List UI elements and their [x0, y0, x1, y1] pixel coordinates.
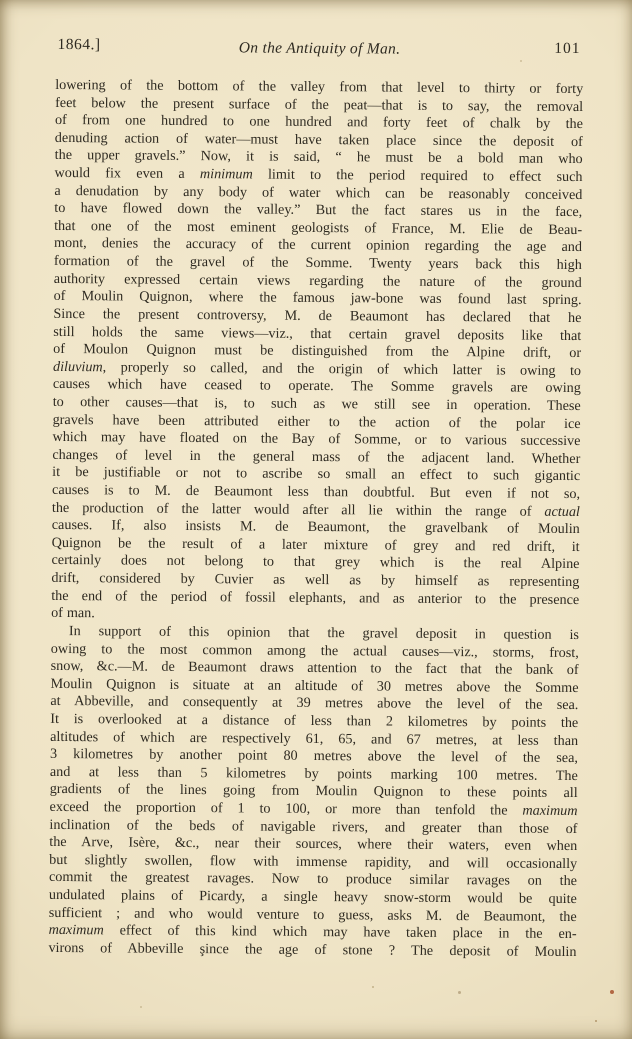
page-content: 1864.] On the Antiquity of Man. 101 lowe…	[56, 0, 584, 2]
paper-speck	[458, 991, 461, 994]
page-body: lowering of the bottom of the valley fro…	[48, 77, 583, 962]
paragraph: lowering of the bottom of the valley fro…	[51, 77, 583, 627]
paper-speck	[595, 1020, 597, 1022]
text-line: virons of Abbeville şince the age of sto…	[48, 940, 576, 962]
running-header: 1864.] On the Antiquity of Man. 101	[55, 36, 583, 62]
paper-speck	[520, 60, 522, 62]
header-title: On the Antiquity of Man.	[55, 38, 583, 60]
paragraph: In support of this opinion that the grav…	[48, 623, 579, 962]
book-page-scan: 1864.] On the Antiquity of Man. 101 lowe…	[0, 0, 632, 1039]
paper-speck	[140, 1006, 142, 1008]
paper-speck	[372, 986, 374, 988]
paper-speck	[610, 990, 614, 994]
header-page-number: 101	[554, 40, 580, 58]
